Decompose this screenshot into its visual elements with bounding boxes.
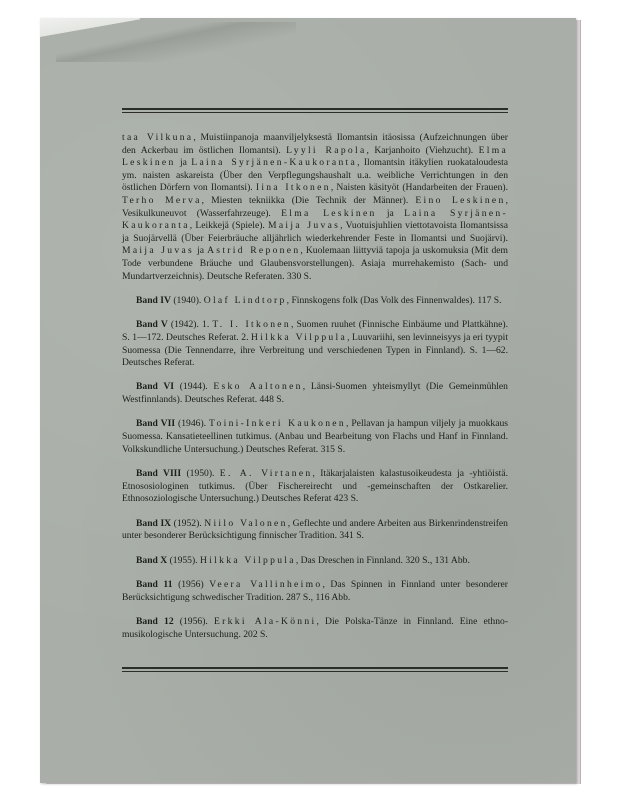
entry-band-v: Band V (1942). 1. T. I. Itkonen, Suomen … [122, 319, 508, 369]
band-label: Band X [136, 555, 167, 566]
band-year: (1942). [168, 319, 202, 330]
bibliography-text: taa Vilkuna, Muistiinpanoja maanviljelyk… [122, 132, 508, 653]
band-year: (1955). [167, 555, 200, 566]
band-label: Band VIII [136, 468, 181, 479]
author-name: Terho Merva [122, 195, 202, 206]
page-folded-corner [40, 18, 140, 42]
band-label: Band VII [136, 418, 175, 429]
band-year: (1950). [181, 468, 220, 479]
author-name: T. I. Itkonen [212, 319, 291, 330]
author-name: E. A. Virtanen [220, 468, 313, 479]
entry-band-vi: Band VI (1944). Esko Aaltonen, Länsi-Suo… [122, 381, 508, 406]
continuation-paragraph: taa Vilkuna, Muistiinpanoja maanviljelyk… [122, 132, 508, 283]
band-year: (1940). [171, 295, 204, 306]
author-name: Toini-Inkeri Kaukonen [209, 418, 346, 429]
continuation-text: ja [176, 157, 192, 168]
entry-text: , Finnskogens folk (Das Volk des Finnenw… [287, 295, 502, 306]
author-name: Olaf Lindtorp [204, 295, 287, 306]
continuation-text: , Leikkejä (Spiele). [190, 220, 268, 231]
author-name-2: Hilkka Vilppula [251, 332, 347, 343]
author-name: Esko Aaltonen [213, 381, 302, 392]
band-label: Band IX [136, 518, 171, 529]
author-name: Iina Itkonen [256, 182, 331, 193]
author-name: Eino Leskinen [415, 195, 505, 206]
author-name: Hilkka Vilppula [200, 555, 296, 566]
continuation-text: , Miesten tekniikka (Die Technik der Män… [202, 195, 416, 206]
continuation-text: , Karjanhoito (Viehzucht). [367, 145, 479, 156]
band-label: Band 11 [136, 579, 173, 590]
band-label: Band VI [136, 381, 174, 392]
continuation-text: ja [194, 245, 207, 256]
band-year: (1946). [175, 418, 209, 429]
entry-prefix: 1. [202, 319, 212, 330]
author-name: Maija Juvas [268, 220, 340, 231]
author-name: Laina Syrjänen-Kaukoranta [191, 157, 357, 168]
author-name: Erkki Ala-Könni [214, 616, 317, 627]
author-name: Maija Juvas [122, 245, 194, 256]
band-label: Band V [136, 319, 168, 330]
author-name: taa Vilkuna [122, 132, 193, 143]
author-name: Niilo Valonen [204, 518, 287, 529]
band-year: (1952). [171, 518, 204, 529]
entry-band-12: Band 12 (1956). Erkki Ala-Könni, Die Pol… [122, 616, 508, 641]
band-year: (1956). [174, 616, 214, 627]
band-label: Band 12 [136, 616, 174, 627]
author-name: Elma Leskinen [281, 208, 377, 219]
author-name: Astrid Reponen [207, 245, 300, 256]
entry-text: , Das Dreschen in Finnland. 320 S., 131 … [296, 555, 470, 566]
band-year: (1956) [173, 579, 210, 590]
bottom-double-rule [122, 667, 508, 672]
band-year: (1944). [174, 381, 213, 392]
entry-band-vii: Band VII (1946). Toini-Inkeri Kaukonen, … [122, 418, 508, 456]
entry-band-ix: Band IX (1952). Niilo Valonen, Geflechte… [122, 518, 508, 543]
top-double-rule [122, 108, 508, 113]
continuation-text: ja [377, 208, 404, 219]
entry-band-x: Band X (1955). Hilkka Vilppula, Das Dres… [122, 555, 508, 568]
author-name: Veera Vallinheimo [209, 579, 322, 590]
entry-band-viii: Band VIII (1950). E. A. Virtanen, Itäkar… [122, 468, 508, 506]
entry-band-iv: Band IV (1940). Olaf Lindtorp, Finnskoge… [122, 295, 508, 308]
continuation-text: , Naisten käsityöt (Handarbeiten der Fra… [331, 182, 508, 193]
entry-band-11: Band 11 (1956) Veera Vallinheimo, Das Sp… [122, 579, 508, 604]
band-label: Band IV [136, 295, 171, 306]
author-name: Lyyli Rapola [286, 145, 366, 156]
